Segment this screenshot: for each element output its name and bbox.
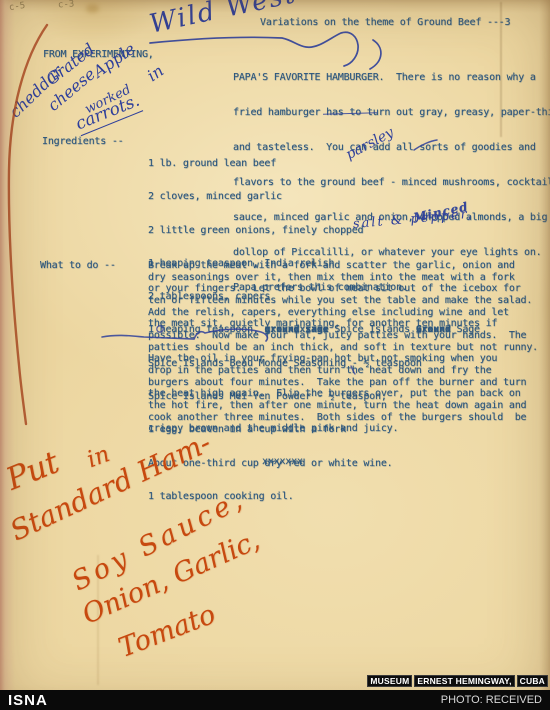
instruction-line: or your fingers. Let the bowl of meat si… [148,283,538,295]
agency-logo-isna: ISNA [8,692,48,709]
intro-text: fried hamburger [233,107,326,118]
news-agency-bar: ISNA PHOTO: RECEIVED [0,690,550,710]
instruction-line: cook another three minutes. Both sides o… [148,412,538,424]
ingredient-line: 2 cloves, minced garlic [148,191,480,202]
ingredients-label: Ingredients -- [42,136,124,147]
instruction-line: the heat high again. Flip the burgers ov… [148,388,538,400]
instruction-line: dry seasonings over it, then mix them in… [148,272,538,284]
recipe-page-photo: c-5 c-3 Variations on the theme of Groun… [0,0,550,710]
intro-line: fried hamburger has to turn out gray, gr… [233,106,550,119]
museum-caption-chips: MUSEUMERNEST HEMINGWAY,CUBA [367,675,548,687]
ingredient-line: 2 little green onions, finely chopped [148,225,480,236]
intro-text: turn out gray, greasy, paper-thin [361,107,550,118]
caption-chip: MUSEUM [367,675,412,687]
instructions-paragraph: Break up the meat with a fork and scatte… [148,260,538,435]
ingredient-line: 1 tablespoon cooking oil. [148,491,480,502]
instruction-line: possible. Now make four fat, juicy patti… [148,330,538,342]
what-to-do-label: What to do -- [40,260,116,271]
ingredient-line: 1 lb. ground lean beef [148,158,480,169]
caption-chip: ERNEST HEMINGWAY, [414,675,514,687]
pen-strikethrough-has-to: has to [326,107,361,118]
instruction-line: the meat sit, quietly marinating, for an… [148,318,538,330]
pencil-mark-right: c-3 [58,0,75,11]
photo-credit: PHOTO: RECEIVED [441,694,542,706]
instruction-line: ten or fifteen minutes while you set the… [148,295,538,307]
instruction-line: patties should be an inch thick, and sof… [148,342,538,354]
page-header: Variations on the theme of Ground Beef -… [260,17,510,28]
intro-line: PAPA'S FAVORITE HAMBURGER. There is no r… [233,71,550,84]
caption-chip: CUBA [517,675,548,687]
instruction-line: drop in the patties and then turn the he… [148,365,538,377]
instruction-line: burgers about four minutes. Take the pan… [148,377,538,389]
instruction-line: Have the oil in your frying-pan hot but … [148,353,538,365]
instruction-line: crispy brown and the middle pink and jui… [148,423,538,435]
instruction-line: the hot fire, then after one minute, tur… [148,400,538,412]
end-mark: xxxxxxx [262,456,303,467]
instruction-line: Break up the meat with a fork and scatte… [148,260,538,272]
instruction-line: Add the relish, capers, everything else … [148,307,538,319]
